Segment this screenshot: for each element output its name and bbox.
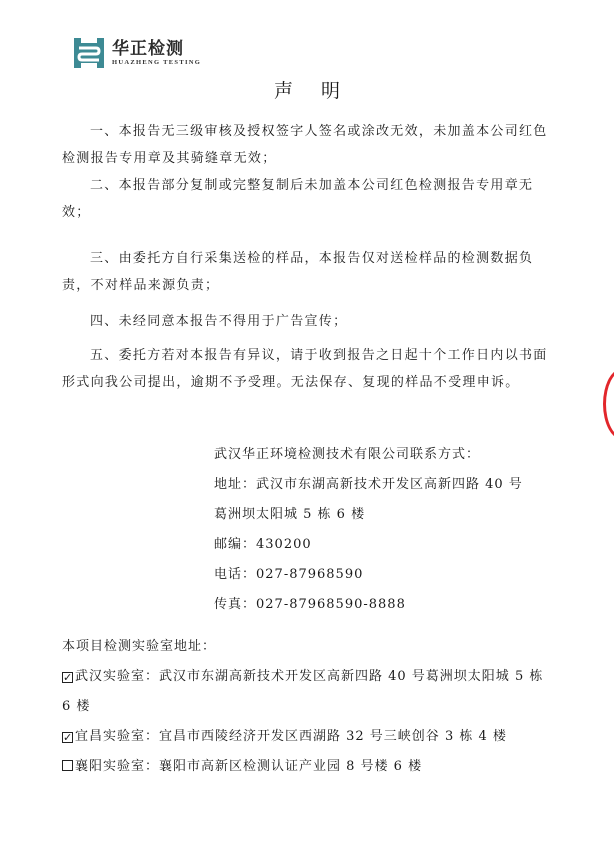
red-seal-stamp (603, 368, 614, 440)
page-title: 声明 (0, 76, 614, 103)
labs-heading: 本项目检测实验室地址： (62, 632, 552, 662)
contact-phone: 电话：027-87968590 (214, 560, 523, 590)
statement-5: 五、委托方若对本报告有异议，请于收到报告之日起十个工作日内以书面形式向我公司提出… (62, 342, 550, 396)
statement-4: 四、未经同意本报告不得用于广告宣传； (62, 308, 550, 335)
logo-chinese-name: 华正检测 (112, 40, 201, 58)
statement-2: 二、本报告部分复制或完整复制后未加盖本公司红色检测报告专用章无效； (62, 172, 550, 226)
checkbox-checked-icon: ✓ (62, 732, 73, 743)
statement-1: 一、本报告无三级审核及授权签字人签名或涂改无效，未加盖本公司红色检测报告专用章及… (62, 118, 550, 172)
contact-address-1: 地址：武汉市东湖高新技术开发区高新四路 40 号 (214, 470, 523, 500)
lab-item-wuhan: ✓武汉实验室：武汉市东湖高新技术开发区高新四路 40 号葛洲坝太阳城 5 栋 6… (62, 662, 552, 722)
contact-heading: 武汉华正环境检测技术有限公司联系方式： (214, 440, 523, 470)
statement-3: 三、由委托方自行采集送检的样品，本报告仅对送检样品的检测数据负责，不对样品来源负… (62, 245, 550, 299)
labs-block: 本项目检测实验室地址： ✓武汉实验室：武汉市东湖高新技术开发区高新四路 40 号… (62, 632, 552, 782)
contact-fax: 传真：027-87968590-8888 (214, 590, 523, 620)
checkbox-checked-icon: ✓ (62, 672, 73, 683)
contact-postcode: 邮编：430200 (214, 530, 523, 560)
lab-item-yichang: ✓宜昌实验室：宜昌市西陵经济开发区西湖路 32 号三峡创谷 3 栋 4 楼 (62, 722, 552, 752)
logo-mark-icon (74, 38, 104, 68)
contact-address-2: 葛洲坝太阳城 5 栋 6 楼 (214, 500, 523, 530)
lab-item-xiangyang: 襄阳实验室：襄阳市高新区检测认证产业园 8 号楼 6 楼 (62, 752, 552, 782)
contact-block: 武汉华正环境检测技术有限公司联系方式： 地址：武汉市东湖高新技术开发区高新四路 … (214, 440, 523, 620)
logo-english-name: HUAZHENG TESTING (112, 59, 201, 66)
company-logo: 华正检测 HUAZHENG TESTING (74, 38, 201, 68)
checkbox-unchecked-icon (62, 760, 73, 771)
